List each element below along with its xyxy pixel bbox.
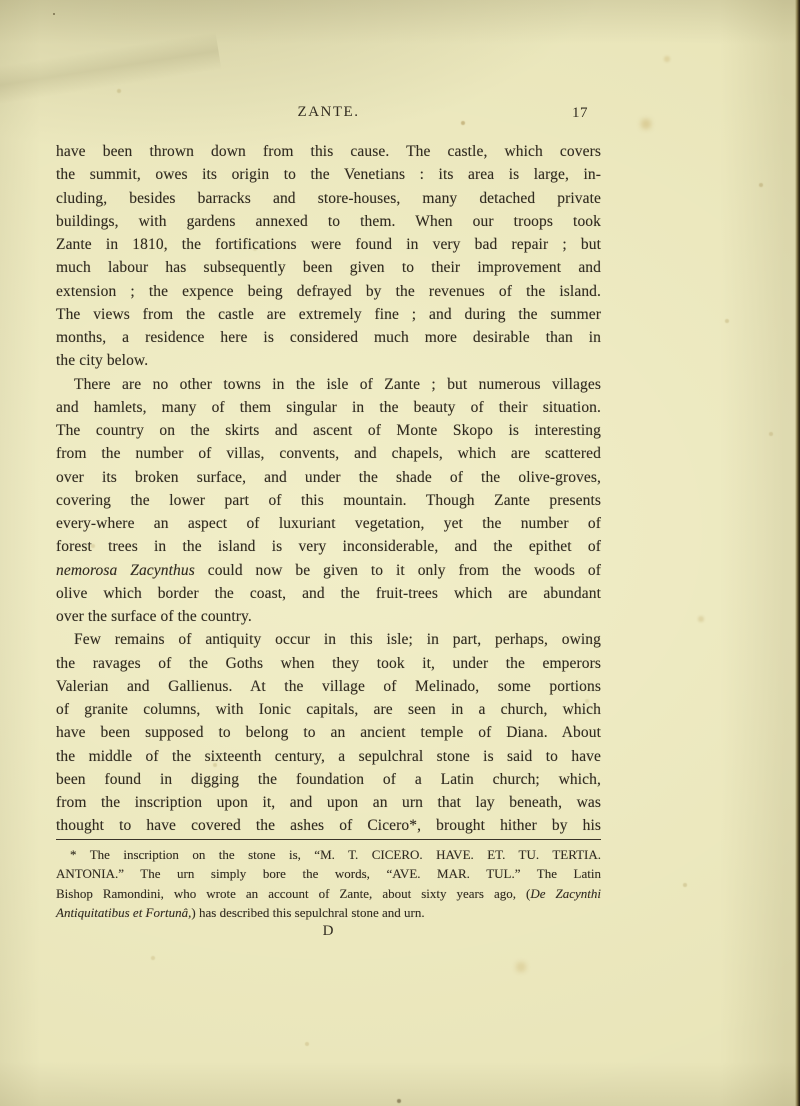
running-title: ZANTE. <box>56 104 601 121</box>
text-segment: ) has described this sepulchral stone an… <box>191 905 424 920</box>
text-segment: extension ; the expence being defrayed b… <box>56 283 601 300</box>
text-segment: Antiquitatibus et Fortunâ, <box>56 905 191 920</box>
text-segment: have been supposed to belong to an ancie… <box>56 724 601 741</box>
body-line: the middle of the sixteenth century, a s… <box>56 745 601 768</box>
text-segment: from the inscription upon it, and upon a… <box>56 794 601 811</box>
footnote-rule <box>56 839 601 840</box>
text-segment: months, a residence here is considered m… <box>56 329 601 346</box>
text-segment: buildings, with gardens annexed to them.… <box>56 213 601 230</box>
body-line: buildings, with gardens annexed to them.… <box>56 210 601 233</box>
body-line: of granite columns, with Ionic capitals,… <box>56 698 601 721</box>
footnote-line: Bishop Ramondini, who wrote an account o… <box>56 884 601 903</box>
page-edge-shadow <box>795 0 800 1106</box>
text-segment: forest trees in the island is very incon… <box>56 538 601 555</box>
text-segment: * The inscription on the stone is, “M. T… <box>70 847 601 862</box>
text-segment: the middle of the sixteenth century, a s… <box>56 748 601 765</box>
footnote-line: ANTONIA.” The urn simply bore the words,… <box>56 864 601 883</box>
body-line: Zante in 1810, the fortifications were f… <box>56 233 601 256</box>
text-segment: over the surface of the country. <box>56 608 252 625</box>
body-line: cluding, besides barracks and store-hous… <box>56 187 601 210</box>
body-line: over the surface of the country. <box>56 605 601 628</box>
body-line: The country on the skirts and ascent of … <box>56 419 601 442</box>
paper-fold-shadow <box>0 32 221 110</box>
text-segment: from the number of villas, convents, and… <box>56 445 601 462</box>
text-segment: Valerian and Gallienus. At the village o… <box>56 678 601 695</box>
body-line: forest trees in the island is very incon… <box>56 535 601 558</box>
body-line: every-where an aspect of luxuriant veget… <box>56 512 601 535</box>
body-line: There are no other towns in the isle of … <box>56 373 601 396</box>
text-segment: cluding, besides barracks and store-hous… <box>56 190 601 207</box>
text-segment: could now be given to it only from the w… <box>195 562 601 579</box>
footnote-line: * The inscription on the stone is, “M. T… <box>56 845 601 864</box>
body-line: thought to have covered the ashes of Cic… <box>56 814 601 837</box>
text-segment: every-where an aspect of luxuriant veget… <box>56 515 601 532</box>
body-line: The views from the castle are extremely … <box>56 303 601 326</box>
text-segment: thought to have covered the ashes of Cic… <box>56 817 601 834</box>
page-number: 17 <box>572 105 588 122</box>
body-line: from the number of villas, convents, and… <box>56 442 601 465</box>
body-text: have been thrown down from this cause. T… <box>56 140 601 838</box>
body-line: the city below. <box>56 349 601 372</box>
text-segment: ANTONIA.” The urn simply bore the words,… <box>56 866 601 881</box>
text-segment: the city below. <box>56 352 148 369</box>
text-segment: the ravages of the Goths when they took … <box>56 655 601 672</box>
footnote-text: * The inscription on the stone is, “M. T… <box>56 845 601 923</box>
body-line: Few remains of antiquity occur in this i… <box>56 628 601 651</box>
book-page: ZANTE. 17 have been thrown down from thi… <box>0 0 800 1106</box>
paper-speckles <box>0 0 2 2</box>
body-line: months, a residence here is considered m… <box>56 326 601 349</box>
text-segment: over its broken surface, and under the s… <box>56 469 601 486</box>
text-segment: the summit, owes its origin to the Venet… <box>56 166 601 183</box>
text-segment: De Zacynthi <box>530 886 601 901</box>
body-line: covering the lower part of this mountain… <box>56 489 601 512</box>
text-segment: olive which border the coast, and the fr… <box>56 585 601 602</box>
text-segment: There are no other towns in the isle of … <box>74 376 601 393</box>
text-segment: have been thrown down from this cause. T… <box>56 143 601 160</box>
body-line: the ravages of the Goths when they took … <box>56 652 601 675</box>
body-line: the summit, owes its origin to the Venet… <box>56 163 601 186</box>
text-segment: of granite columns, with Ionic capitals,… <box>56 701 601 718</box>
text-segment: The views from the castle are extremely … <box>56 306 601 323</box>
body-line: olive which border the coast, and the fr… <box>56 582 601 605</box>
signature-mark: D <box>56 923 601 940</box>
text-segment: and hamlets, many of them singular in th… <box>56 399 601 416</box>
body-line: and hamlets, many of them singular in th… <box>56 396 601 419</box>
body-line: been found in digging the foundation of … <box>56 768 601 791</box>
body-line: have been supposed to belong to an ancie… <box>56 721 601 744</box>
text-segment: covering the lower part of this mountain… <box>56 492 601 509</box>
text-segment: The country on the skirts and ascent of … <box>56 422 601 439</box>
text-segment: Zante in 1810, the fortifications were f… <box>56 236 601 253</box>
body-line: over its broken surface, and under the s… <box>56 466 601 489</box>
body-line: from the inscription upon it, and upon a… <box>56 791 601 814</box>
text-segment: nemorosa Zacynthus <box>56 562 195 579</box>
text-segment: Bishop Ramondini, who wrote an account o… <box>56 886 530 901</box>
text-segment: Few remains of antiquity occur in this i… <box>74 631 601 648</box>
body-line: nemorosa Zacynthus could now be given to… <box>56 559 601 582</box>
body-line: have been thrown down from this cause. T… <box>56 140 601 163</box>
body-line: extension ; the expence being defrayed b… <box>56 280 601 303</box>
text-segment: been found in digging the foundation of … <box>56 771 601 788</box>
body-line: Valerian and Gallienus. At the village o… <box>56 675 601 698</box>
text-segment: much labour has subsequently been given … <box>56 259 601 276</box>
footnote-line: Antiquitatibus et Fortunâ,) has describe… <box>56 903 601 922</box>
body-line: much labour has subsequently been given … <box>56 256 601 279</box>
page-header: ZANTE. 17 <box>56 104 601 126</box>
